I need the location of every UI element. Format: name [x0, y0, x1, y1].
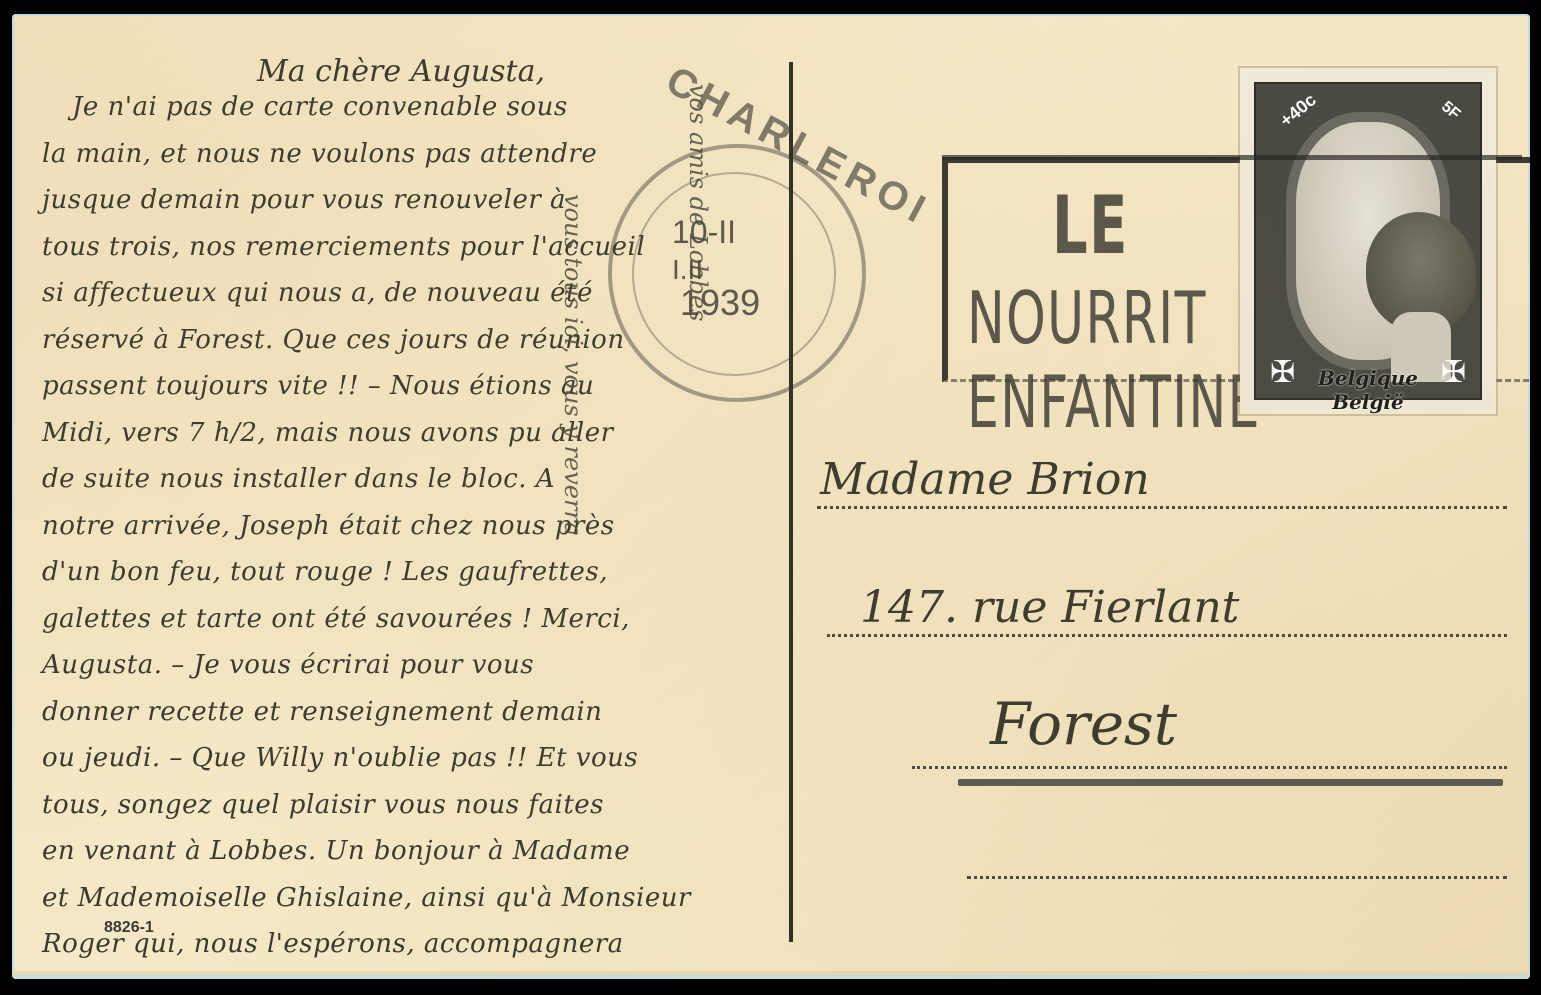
address-city: Forest	[990, 690, 1177, 758]
center-divider	[789, 62, 793, 942]
torn-edge	[12, 971, 1530, 979]
message-line: Midi, vers 7 h/2, mais nous avons pu all…	[42, 418, 614, 448]
lorraine-cross-icon: ✠	[1441, 355, 1466, 390]
lorraine-cross-icon: ✠	[1270, 355, 1295, 390]
address-name: Madame Brion	[820, 454, 1150, 505]
message-line: tous trois, nos remerciements pour l'acc…	[42, 232, 645, 262]
stamp-value-left: +40c	[1276, 89, 1321, 131]
address-dotted-line	[827, 634, 1507, 637]
stamp-value-right: 5F	[1438, 98, 1464, 124]
stamp-country-nl: België	[1296, 390, 1440, 414]
salutation: Ma chère Augusta,	[257, 54, 545, 89]
cancellation-bar	[942, 155, 1522, 160]
postcard: Ma chère Augusta, Je n'ai pas de carte c…	[12, 14, 1530, 979]
message-line: en venant à Lobbes. Un bonjour à Madame	[42, 836, 630, 866]
cross-written-line-2: vos amis de Lobbes	[684, 84, 712, 321]
address-street: 147. rue Fierlant	[860, 582, 1239, 633]
message-line: d'un bon feu, tout rouge ! Les gaufrette…	[42, 557, 608, 587]
postage-stamp: +40c 5F Belgique België ✠ ✠	[1244, 72, 1492, 410]
address-underline-bar	[958, 779, 1503, 786]
message-line: galettes et tarte ont été savourées ! Me…	[42, 604, 630, 634]
message-line: Augusta. – Je vous écrirai pour vous	[42, 650, 534, 680]
message-line: de suite nous installer dans le bloc. A	[42, 464, 555, 494]
message-line: réservé à Forest. Que ces jours de réuni…	[42, 325, 625, 355]
address-dotted-line	[817, 506, 1507, 509]
stamp-country-fr: Belgique	[1296, 366, 1440, 390]
cross-written-line-1: vous tous ici, vous y reverra	[559, 194, 587, 536]
slogan-line-1: LE	[1052, 179, 1129, 272]
address-dotted-line	[912, 766, 1507, 769]
message-line: notre arrivée, Joseph était chez nous pr…	[42, 511, 615, 541]
message-line: jusque demain pour vous renouveler à	[42, 185, 566, 215]
message-line: donner recette et renseignement demain	[42, 697, 602, 727]
stamp-frame: +40c 5F Belgique België ✠ ✠	[1254, 82, 1482, 400]
postmark-inner-ring	[632, 172, 836, 376]
address-dotted-line	[967, 876, 1507, 879]
message-line: Je n'ai pas de carte convenable sous	[72, 92, 568, 122]
message-line: si affectueux qui nous a, de nouveau été	[42, 278, 593, 308]
message-line: la main, et nous ne voulons pas attendre	[42, 139, 597, 169]
message-line: tous, songez quel plaisir vous nous fait…	[42, 790, 604, 820]
message-line: passent toujours vite !! – Nous étions a…	[42, 371, 594, 401]
stamp-portrait-oval: Belgique België	[1286, 112, 1450, 370]
print-code: 8826-1	[104, 919, 154, 937]
message-line: ou jeudi. – Que Willy n'oublie pas !! Et…	[42, 743, 638, 773]
message-line: et Mademoiselle Ghislaine, ainsi qu'à Mo…	[42, 883, 691, 913]
